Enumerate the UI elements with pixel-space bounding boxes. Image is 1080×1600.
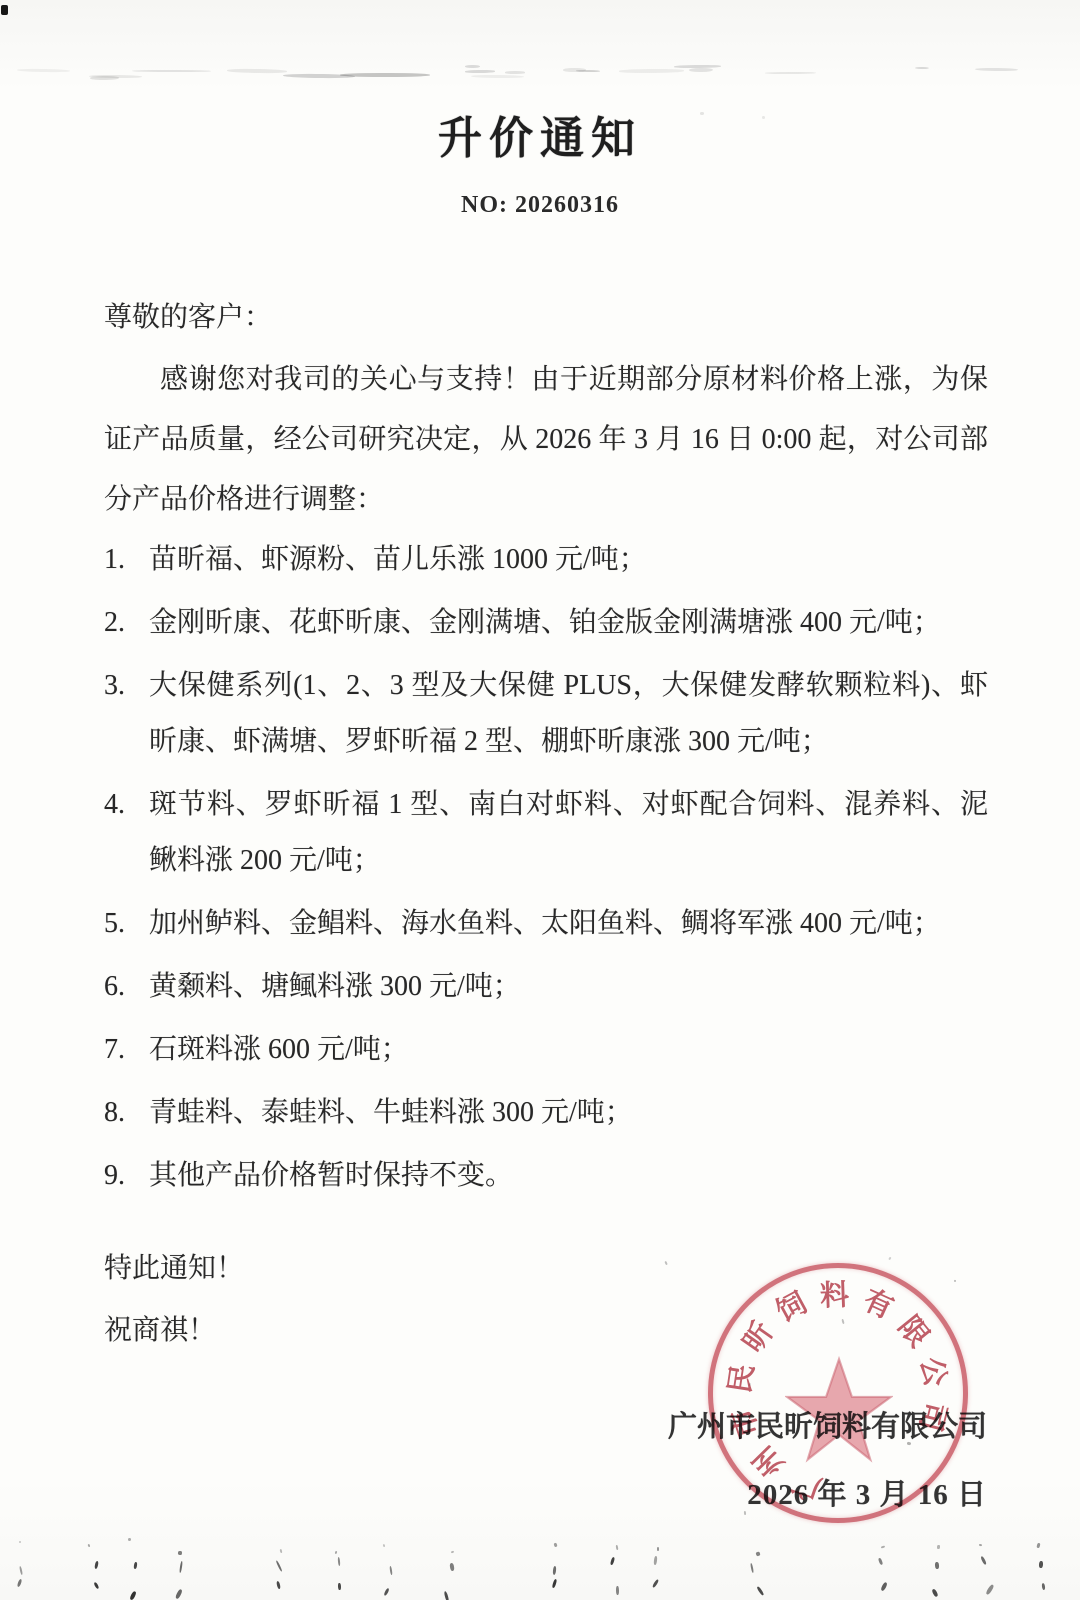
document-number: NO: 20260316 bbox=[0, 192, 1080, 219]
item-number: 8. bbox=[104, 1085, 125, 1141]
scan-speck bbox=[552, 1566, 556, 1575]
notice-document: 升价通知 NO: 20260316 尊敬的客户： 感谢您对我司的关心与支持！由于… bbox=[0, 0, 1080, 1600]
scan-speck bbox=[132, 70, 211, 73]
list-item: 5. 加州鲈料、金鲳料、海水鱼料、太阳鱼料、鲷将军涨 400 元/吨； bbox=[104, 896, 988, 952]
scan-speck bbox=[552, 1579, 557, 1588]
scan-speck bbox=[90, 76, 119, 80]
scan-speck bbox=[450, 1563, 455, 1571]
item-text: 其他产品价格暂时保持不变。 bbox=[149, 1160, 513, 1191]
page-title: 升价通知 bbox=[0, 102, 1080, 166]
scan-speck bbox=[980, 1556, 987, 1565]
item-number: 3. bbox=[104, 658, 125, 714]
intro-paragraph: 感谢您对我司的关心与支持！由于近期部分原材料价格上涨，为保证产品质量，经公司研究… bbox=[104, 350, 988, 530]
scan-speck bbox=[465, 65, 480, 68]
item-text: 斑节料、罗虾昕福 1 型、南白对虾料、对虾配合饲料、混养料、泥鳅料涨 200 元… bbox=[149, 789, 988, 876]
list-item: 7. 石斑料涨 600 元/吨； bbox=[104, 1022, 988, 1078]
scan-speck bbox=[689, 68, 713, 73]
scan-speck bbox=[979, 1544, 982, 1546]
scan-speck bbox=[653, 1556, 657, 1565]
scan-speck bbox=[337, 1557, 340, 1566]
scan-speck bbox=[471, 75, 524, 79]
scan-speck bbox=[932, 1589, 939, 1598]
scan-speck bbox=[749, 1383, 751, 1387]
scan-speck bbox=[563, 68, 586, 72]
list-item: 2. 金刚昕康、花虾昕康、金刚满塘、铂金版金刚满塘涨 400 元/吨； bbox=[104, 595, 988, 651]
scan-speck bbox=[619, 69, 684, 73]
scan-speck bbox=[1037, 1543, 1041, 1548]
item-text: 加州鲈料、金鲳料、海水鱼料、太阳鱼料、鲷将军涨 400 元/吨； bbox=[149, 908, 941, 939]
scan-speck bbox=[335, 1551, 338, 1555]
scan-speck bbox=[88, 1544, 91, 1548]
item-number: 5. bbox=[104, 896, 125, 952]
scan-speck bbox=[652, 1579, 659, 1588]
scan-speck bbox=[553, 1543, 557, 1547]
item-text: 石斑料涨 600 元/吨； bbox=[149, 1034, 409, 1065]
scan-speck bbox=[616, 1586, 619, 1595]
scan-speck bbox=[94, 1581, 100, 1589]
list-item: 6. 黄颡料、塘鲺料涨 300 元/吨； bbox=[104, 959, 988, 1015]
scan-speck bbox=[389, 1566, 392, 1575]
list-item: 9. 其他产品价格暂时保持不变。 bbox=[104, 1148, 988, 1204]
scan-speck bbox=[615, 1545, 618, 1550]
scan-speck bbox=[657, 1547, 659, 1551]
scan-speck bbox=[19, 1541, 21, 1543]
scan-speck bbox=[17, 68, 70, 72]
item-text: 金刚昕康、花虾昕康、金刚满塘、铂金版金刚满塘涨 400 元/吨； bbox=[149, 607, 941, 638]
scan-speck bbox=[227, 69, 287, 74]
item-number: 4. bbox=[104, 777, 125, 833]
scan-speck bbox=[750, 1563, 754, 1573]
scan-speck bbox=[338, 1583, 341, 1590]
scan-speck bbox=[674, 65, 721, 68]
scan-speck bbox=[276, 1580, 281, 1589]
scan-speck bbox=[129, 1590, 136, 1600]
scan-speck bbox=[134, 1562, 138, 1569]
item-text: 黄颡料、塘鲺料涨 300 元/吨； bbox=[149, 971, 521, 1002]
scan-speck bbox=[576, 70, 600, 73]
stamp-arc-char: 民 bbox=[723, 1359, 762, 1398]
list-item: 1. 苗昕福、虾源粉、苗儿乐涨 1000 元/吨； bbox=[104, 532, 988, 588]
scan-speck bbox=[1039, 1560, 1043, 1567]
scan-speck bbox=[935, 1561, 939, 1568]
scan-speck bbox=[915, 67, 929, 69]
scan-corner-dot bbox=[1, 5, 8, 15]
item-number: 7. bbox=[104, 1022, 125, 1078]
scan-speck bbox=[17, 1579, 23, 1588]
closing-notice: 特此通知！ bbox=[104, 1238, 988, 1300]
scan-speck bbox=[756, 1586, 764, 1596]
item-number: 1. bbox=[104, 532, 125, 588]
scan-speck bbox=[936, 1545, 939, 1550]
item-number: 2. bbox=[104, 595, 125, 651]
item-text: 苗昕福、虾源粉、苗儿乐涨 1000 元/吨； bbox=[149, 544, 647, 575]
list-item: 8. 青蛙料、泰蛙料、牛蛙料涨 300 元/吨； bbox=[104, 1085, 988, 1141]
scan-speck bbox=[877, 1557, 882, 1564]
scan-speck bbox=[1042, 1583, 1046, 1591]
scan-speck bbox=[465, 70, 495, 73]
item-number: 9. bbox=[104, 1148, 125, 1204]
scan-speck bbox=[383, 1544, 386, 1548]
scan-speck bbox=[975, 68, 1018, 72]
document-body: 尊敬的客户： 感谢您对我司的关心与支持！由于近期部分原材料价格上涨，为保证产品质… bbox=[104, 288, 988, 1362]
scan-speck bbox=[275, 1560, 282, 1571]
scan-speck bbox=[89, 75, 142, 79]
scan-speck bbox=[19, 1566, 23, 1575]
scan-speck bbox=[610, 1556, 615, 1565]
scan-speck bbox=[450, 1551, 453, 1554]
closing-wish: 祝商祺！ bbox=[104, 1300, 988, 1362]
scan-speck bbox=[985, 1584, 994, 1595]
scan-speck bbox=[505, 71, 525, 74]
scan-speck bbox=[755, 1551, 760, 1556]
scan-speck bbox=[444, 1591, 450, 1600]
signature-date: 2026 年 3 月 16 日 bbox=[668, 1472, 987, 1513]
scan-speck bbox=[128, 1538, 131, 1541]
scan-speck bbox=[94, 1561, 99, 1570]
item-text: 青蛙料、泰蛙料、牛蛙料涨 300 元/吨； bbox=[149, 1097, 633, 1128]
price-adjustment-list: 1. 苗昕福、虾源粉、苗儿乐涨 1000 元/吨； 2. 金刚昕康、花虾昕康、金… bbox=[104, 532, 988, 1204]
scan-speck bbox=[340, 73, 430, 77]
company-name: 广州市民昕饲料有限公司 bbox=[668, 1404, 987, 1445]
signature-block: 广州市民昕饲料有限公司 2026 年 3 月 16 日 bbox=[668, 1404, 987, 1513]
scan-speck bbox=[765, 72, 816, 74]
item-number: 6. bbox=[104, 959, 125, 1015]
item-text: 大保健系列(1、2、3 型及大保健 PLUS，大保健发酵软颗粒料)、虾昕康、虾满… bbox=[149, 670, 988, 757]
scan-speck bbox=[280, 1548, 283, 1552]
scan-speck bbox=[881, 1546, 885, 1549]
list-item: 4. 斑节料、罗虾昕福 1 型、南白对虾料、对虾配合饲料、混养料、泥鳅料涨 20… bbox=[104, 777, 988, 889]
scan-speck bbox=[880, 1582, 888, 1592]
list-item: 3. 大保健系列(1、2、3 型及大保健 PLUS，大保健发酵软颗粒料)、虾昕康… bbox=[104, 658, 988, 770]
salutation: 尊敬的客户： bbox=[104, 288, 988, 350]
scan-speck bbox=[180, 1561, 184, 1573]
scan-speck bbox=[384, 1588, 391, 1597]
scan-speck bbox=[178, 1550, 182, 1554]
scan-speck bbox=[283, 73, 355, 78]
scan-speck bbox=[175, 1588, 183, 1598]
